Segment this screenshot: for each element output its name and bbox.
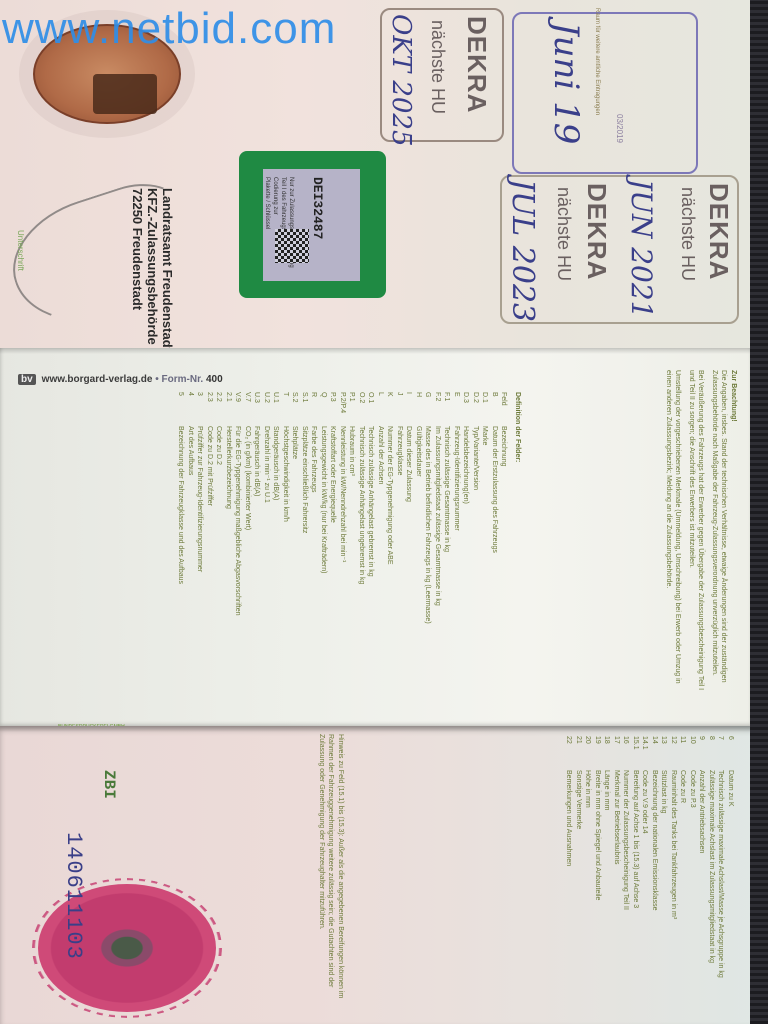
definition-row: P.2/P.4Nennleistung in kW/Nenndrehzahl b… — [338, 392, 348, 624]
field-meaning: Standgeräusch in dB(A) — [273, 426, 280, 500]
field-code: 17 — [612, 736, 622, 770]
field-code: 2.2 — [214, 392, 224, 426]
field-meaning: Code zu D.2 — [216, 426, 223, 465]
definition-row: 3Prüfziffer zur Fahrzeug-Identifizierung… — [195, 392, 205, 624]
sticker-id: DEI32487 — [310, 177, 325, 239]
definitions-list: FeldBezeichnungBDatum der Erstzulassung … — [176, 392, 509, 624]
definition-row: 20Höhe in mm — [583, 736, 593, 978]
field-code: I — [404, 392, 414, 426]
amtliche-eintragungen-label: Raum für weitere amtliche Eintragungen — [594, 8, 600, 115]
field-meaning: Rauminhalt des Tanks bei Tankfahrzeugen … — [670, 770, 677, 919]
field-meaning: Höhe in mm — [585, 770, 592, 808]
stamp-label: nächste HU — [553, 187, 574, 281]
definition-row: FeldBezeichnung — [499, 392, 509, 624]
background-surface — [750, 0, 768, 1024]
definition-row: O.2Technisch zulässige Anhängelast ungeb… — [357, 392, 367, 624]
publisher-line: bvwww.borgard-verlag.de • Form-Nr. 400 — [18, 374, 223, 385]
notes-paragraph: Die Angaben, insbes. Stand der technisch… — [710, 370, 729, 700]
issuing-authority: Landratsamt Freudenstadt KFZ.-Zulassungs… — [130, 188, 175, 350]
definition-row: EFahrzeug-Identifizierungsnummer — [452, 392, 462, 624]
definition-row: LAnzahl der Achsen — [376, 392, 386, 624]
field-code: F.2 — [433, 392, 443, 426]
definition-row: THöchstgeschwindigkeit in km/h — [281, 392, 291, 624]
definition-row: U.1Standgeräusch in dB(A) — [271, 392, 281, 624]
field-code: 14.1 — [640, 736, 650, 770]
definition-row: 4Art des Aufbaus — [186, 392, 196, 624]
hinweis-note: Hinweis zu Feld (15.1) bis (15.3): Außer… — [317, 734, 346, 1004]
field-meaning: Höchstgeschwindigkeit in km/h — [282, 426, 289, 522]
publisher-url: www.borgard-verlag.de — [42, 374, 153, 385]
field-code: Q — [319, 392, 329, 426]
field-meaning: Drehzahl in min⁻¹ zu U.1 — [263, 426, 270, 503]
definition-row: QLeistungsgewicht in kW/kg (nur bei Kraf… — [319, 392, 329, 624]
field-definitions: Definition der Felder: FeldBezeichnungBD… — [176, 392, 522, 624]
field-meaning: Gültigkeitsdauer — [415, 426, 422, 477]
field-meaning: Im Zulassungsmitgliedstaat zulässige Ges… — [434, 426, 441, 606]
field-code: E — [452, 392, 462, 426]
field-meaning: Nummer der Zulassungsbescheinigung Teil … — [623, 770, 630, 910]
page-fold — [0, 348, 752, 354]
field-code: J — [395, 392, 405, 426]
field-code: 15.1 — [631, 736, 641, 770]
field-code: D.2 — [471, 392, 481, 426]
field-code: P.1 — [347, 392, 357, 426]
field-code: K — [385, 392, 395, 426]
field-meaning: Bezeichnung — [501, 426, 508, 466]
field-code: 3 — [195, 392, 205, 426]
field-code: 6 — [726, 736, 736, 770]
field-code: 4 — [186, 392, 196, 426]
definition-row: U.2Drehzahl in min⁻¹ zu U.1 — [262, 392, 272, 624]
definition-row: P.3Kraftstoffart oder Energiequelle — [328, 392, 338, 624]
sticker-label: Nur zur Zulassungsbescheinigung Teil I d… — [263, 169, 360, 281]
field-code: D.3 — [461, 392, 471, 426]
notes-section: Zur Beachtung! Die Angaben, insbes. Stan… — [664, 370, 739, 700]
definitions-title: Definition der Felder: — [513, 392, 523, 624]
field-meaning: Datum der Erstzulassung des Fahrzeugs — [491, 426, 498, 553]
definition-row: 14Bezeichnung der nationalen Emissionskl… — [650, 736, 660, 978]
definition-row: V.7CO₂ (in g/km) (kombinierter Wert) — [243, 392, 253, 624]
field-code: P.2/P.4 — [338, 392, 348, 426]
stamp-label: nächste HU — [677, 187, 698, 281]
registration-page-lower: 6Datum zu K7Technisch zulässige maximale… — [0, 726, 760, 1024]
field-code: 11 — [678, 736, 688, 770]
definition-row: 11Code zu R — [678, 736, 688, 978]
field-meaning: Technisch zulässige Anhängelast gebremst… — [368, 426, 375, 577]
authority-line-1: Landratsamt Freudenstadt — [160, 188, 175, 350]
definition-row: 19Breite in mm ohne Spiegel und Anbautei… — [593, 736, 603, 978]
field-meaning: Technisch zulässige Gesamtmasse in kg — [444, 426, 451, 552]
field-meaning: Länge in mm — [604, 770, 611, 810]
field-meaning: Prüfziffer zur Fahrzeug-Identifizierungs… — [197, 426, 204, 572]
field-meaning: Farbe des Fahrzeugs — [311, 426, 318, 493]
field-meaning: Technisch zulässige maximale Achslast/Ma… — [718, 770, 725, 978]
definition-row: U.3Fahrgeräusch in dB(A) — [252, 392, 262, 624]
field-meaning: Nummer der EG-Typgenehmigung oder ABE — [387, 426, 394, 565]
definition-row: KNummer der EG-Typgenehmigung oder ABE — [385, 392, 395, 624]
stamp-small-date: 03/2019 — [615, 114, 624, 143]
field-code: 21 — [574, 736, 584, 770]
signature-label: Unterschrift — [16, 230, 25, 271]
field-meaning: Marke — [482, 426, 489, 445]
field-meaning: Code zu D.2 mit Prüfziffer — [206, 426, 213, 506]
field-meaning: Masse des in Betrieb befindlichen Fahrze… — [425, 426, 432, 624]
field-meaning: Datum zu K — [727, 770, 734, 807]
field-code: V.7 — [243, 392, 253, 426]
field-meaning: Fahrzeug-Identifizierungsnummer — [453, 426, 460, 531]
stamp-handwritten-date: OKT 2025 — [386, 14, 416, 147]
field-definitions-continued: 6Datum zu K7Technisch zulässige maximale… — [564, 736, 735, 978]
registration-page-middle: Zur Beachtung! Die Angaben, insbes. Stan… — [0, 348, 752, 728]
field-meaning: Fahrgeräusch in dB(A) — [254, 426, 261, 496]
field-meaning: Code zu V.9 oder 14 — [642, 770, 649, 834]
stamp-org: DEKRA — [703, 183, 734, 280]
definitions-list-continued: 6Datum zu K7Technisch zulässige maximale… — [564, 736, 735, 978]
field-meaning: Handelsbezeichnung(en) — [463, 426, 470, 504]
field-code: 5 — [176, 392, 186, 426]
signature-scribble — [0, 171, 211, 346]
field-meaning: CO₂ (in g/km) (kombinierter Wert) — [244, 426, 251, 530]
notes-paragraph: Bei Veräußerung des Fahrzeugs hat der Er… — [687, 370, 706, 700]
definition-row: 22Bemerkungen und Ausnahmen — [564, 736, 574, 978]
series-code: ZBI — [100, 770, 118, 799]
security-sticker: Nur zur Zulassungsbescheinigung Teil I d… — [239, 151, 386, 298]
field-meaning: Typ/Variante/Version — [472, 426, 479, 490]
separator: • — [155, 374, 159, 385]
field-code: Feld — [499, 392, 509, 426]
serial-number: 140611103 — [61, 832, 86, 960]
definition-row: 7Technisch zulässige maximale Achslast/M… — [716, 736, 726, 978]
definition-row: 2.3Code zu D.2 mit Prüfziffer — [205, 392, 215, 624]
field-meaning: Code zu R — [680, 770, 687, 803]
publisher-logo-icon: bv — [18, 374, 36, 385]
definition-row: 2.1Herstellerkurzbezeichnung — [224, 392, 234, 624]
field-meaning: Zulässige maximale Achslast im Zulassung… — [708, 770, 715, 963]
field-code: U.1 — [271, 392, 281, 426]
authority-line-3: 72250 Freudenstadt — [130, 188, 145, 350]
field-code: F.1 — [442, 392, 452, 426]
field-code: 19 — [593, 736, 603, 770]
definition-row: P.1Hubraum in cm³ — [347, 392, 357, 624]
field-code: O.2 — [357, 392, 367, 426]
definition-row: 15.1Bereifung auf Achse 1 bis (15.3) auf… — [631, 736, 641, 978]
definition-row: 17Merkmal zur Betriebserlaubnis — [612, 736, 622, 978]
field-meaning: Hubraum in cm³ — [349, 426, 356, 476]
field-meaning: Merkmal zur Betriebserlaubnis — [613, 770, 620, 865]
inspection-stamp-3-4: DEKRA nächste HU JUN 2021 DEKRA nächste … — [500, 175, 739, 324]
definition-row: O.1Technisch zulässige Anhängelast gebre… — [366, 392, 376, 624]
field-code: 9 — [697, 736, 707, 770]
field-code: U.3 — [252, 392, 262, 426]
definition-row: 5Bezeichnung der Fahrzeugklasse und des … — [176, 392, 186, 624]
field-code: T — [281, 392, 291, 426]
field-meaning: Bemerkungen und Ausnahmen — [566, 770, 573, 866]
field-meaning: Art des Aufbaus — [187, 426, 194, 475]
definition-row: 13Stützlast in kg — [659, 736, 669, 978]
definition-row: 21Sonstige Vermerke — [574, 736, 584, 978]
definition-row: 10Code zu P.3 — [688, 736, 698, 978]
field-code: S.2 — [290, 392, 300, 426]
field-meaning: Bezeichnung der Fahrzeugklasse und des A… — [178, 426, 185, 584]
definition-row: 18Länge in mm — [602, 736, 612, 978]
field-code: S.1 — [300, 392, 310, 426]
definition-row: BDatum der Erstzulassung des Fahrzeugs — [490, 392, 500, 624]
field-code: L — [376, 392, 386, 426]
definition-row: D.1Marke — [480, 392, 490, 624]
datamatrix-code-icon — [275, 229, 309, 263]
field-code: 18 — [602, 736, 612, 770]
field-meaning: Anzahl der Achsen — [377, 426, 384, 484]
field-code: P.3 — [328, 392, 338, 426]
field-meaning: Sitzplätze einschließlich Fahrersitz — [301, 426, 308, 533]
watermark: www.netbid.com — [2, 4, 336, 54]
definition-row: F.2Im Zulassungsmitgliedstaat zulässige … — [433, 392, 443, 624]
definition-row: HGültigkeitsdauer — [414, 392, 424, 624]
field-code: 7 — [716, 736, 726, 770]
definition-row: S.2Stehplätze — [290, 392, 300, 624]
form-label: Form-Nr. — [162, 374, 204, 385]
stamp-label: nächste HU — [427, 20, 448, 114]
field-meaning: Anzahl der Antriebsachsen — [699, 770, 706, 853]
field-code: 20 — [583, 736, 593, 770]
field-code: 2.1 — [224, 392, 234, 426]
definition-row: F.1Technisch zulässige Gesamtmasse in kg — [442, 392, 452, 624]
field-code: 10 — [688, 736, 698, 770]
definition-row: S.1Sitzplätze einschließlich Fahrersitz — [300, 392, 310, 624]
field-code: 14 — [650, 736, 660, 770]
field-code: H — [414, 392, 424, 426]
field-meaning: Kraftstoffart oder Energiequelle — [330, 426, 337, 523]
field-meaning: Breite in mm ohne Spiegel und Anbauteile — [594, 770, 601, 900]
notes-paragraph: Umstellung der vorgeschriebenen Merkmale… — [664, 370, 683, 700]
notes-title: Zur Beachtung! — [729, 370, 739, 700]
field-code: U.2 — [262, 392, 272, 426]
field-code: 22 — [564, 736, 574, 770]
field-code: 8 — [707, 736, 717, 770]
field-code: D.1 — [480, 392, 490, 426]
field-code: R — [309, 392, 319, 426]
definition-row: GMasse des in Betrieb befindlichen Fahrz… — [423, 392, 433, 624]
authority-line-2: KFZ.-Zulassungsbehörde — [145, 188, 160, 350]
field-meaning: Fahrzeugklasse — [396, 426, 403, 475]
field-code: G — [423, 392, 433, 426]
inspection-stamp-1: DEKRA nächste HU OKT 2025 — [380, 8, 504, 142]
field-meaning: Technisch zulässige Anhängelast ungebrem… — [358, 426, 365, 584]
stamp-org: DEKRA — [461, 16, 492, 113]
definition-row: 14.1Code zu V.9 oder 14 — [640, 736, 650, 978]
field-meaning: Bezeichnung der nationalen Emissionsklas… — [651, 770, 658, 910]
field-code: O.1 — [366, 392, 376, 426]
field-meaning: Stehplätze — [292, 426, 299, 459]
field-meaning: Leistungsgewicht in kW/kg (nur bei Kraft… — [320, 426, 327, 573]
field-meaning: Bereifung auf Achse 1 bis (15.3) auf Ach… — [632, 770, 639, 908]
field-code: 12 — [669, 736, 679, 770]
definition-row: 8Zulässige maximale Achslast im Zulassun… — [707, 736, 717, 978]
field-code: 2.3 — [205, 392, 215, 426]
definition-row: 2.2Code zu D.2 — [214, 392, 224, 624]
definition-row: 12Rauminhalt des Tanks bei Tankfahrzeuge… — [669, 736, 679, 978]
definition-row: JFahrzeugklasse — [395, 392, 405, 624]
field-meaning: Nennleistung in kW/Nenndrehzahl bei min⁻… — [339, 426, 346, 562]
field-meaning: Für die EG-Typgenehmigung maßgebliche Ab… — [235, 426, 242, 616]
definition-row: 16Nummer der Zulassungsbescheinigung Tei… — [621, 736, 631, 978]
definition-row: IDatum dieser Zulassung — [404, 392, 414, 624]
definition-row: V.9Für die EG-Typgenehmigung maßgebliche… — [233, 392, 243, 624]
page-fold — [0, 726, 752, 732]
inspection-stamp-2: Juni 19 03/2019 — [512, 12, 698, 174]
stamp-handwritten-date: JUL 2023 — [505, 179, 540, 322]
field-meaning: Code zu P.3 — [689, 770, 696, 808]
field-meaning: Sonstige Vermerke — [575, 770, 582, 829]
stamp-handwritten-date: JUN 2021 — [625, 179, 658, 318]
field-meaning: Herstellerkurzbezeichnung — [225, 426, 232, 509]
definition-row: D.3Handelsbezeichnung(en) — [461, 392, 471, 624]
field-code: 16 — [621, 736, 631, 770]
field-meaning: Stützlast in kg — [661, 770, 668, 814]
definition-row: 9Anzahl der Antriebsachsen — [697, 736, 707, 978]
stamp-org: DEKRA — [581, 183, 612, 280]
field-code: V.9 — [233, 392, 243, 426]
stamp-handwritten-date: Juni 19 — [546, 22, 586, 144]
definition-row: D.2Typ/Variante/Version — [471, 392, 481, 624]
field-meaning: Datum dieser Zulassung — [406, 426, 413, 502]
definition-row: RFarbe des Fahrzeugs — [309, 392, 319, 624]
definition-row: 6Datum zu K — [726, 736, 736, 978]
coat-of-arms-icon — [93, 74, 157, 114]
field-code: 13 — [659, 736, 669, 770]
field-code: B — [490, 392, 500, 426]
form-number: 400 — [206, 374, 223, 385]
